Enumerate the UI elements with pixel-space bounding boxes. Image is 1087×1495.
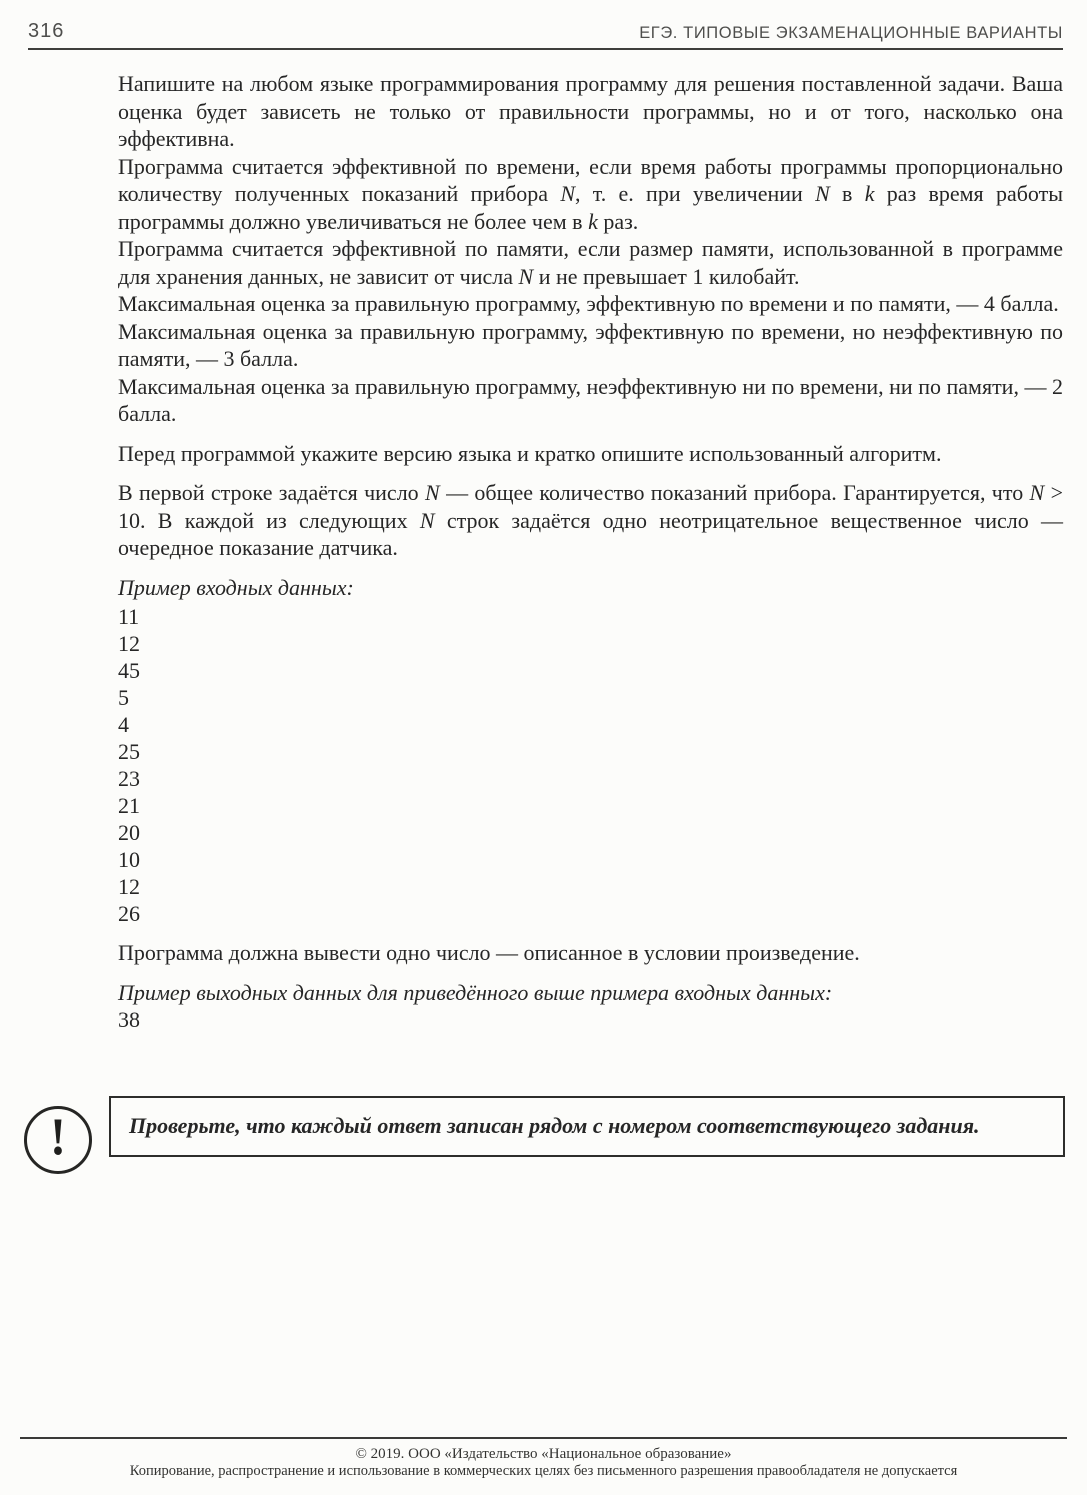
input-value: 23	[118, 765, 1063, 792]
document-page: 316 ЕГЭ. ТИПОВЫЕ ЭКЗАМЕНАЦИОННЫЕ ВАРИАНТ…	[0, 0, 1087, 1495]
task-paragraph: Программа считается эффективной по памят…	[118, 235, 1063, 290]
task-paragraph: Напишите на любом языке программирования…	[118, 70, 1063, 153]
task-paragraph: Программа считается эффективной по време…	[118, 153, 1063, 236]
task-paragraph: Максимальная оценка за правильную програ…	[118, 373, 1063, 428]
output-example-value: 38	[118, 1006, 1063, 1034]
notice-section: ! Проверьте, что каждый ответ записан ря…	[24, 1096, 1065, 1174]
footer-copyright: © 2019. ООО «Издательство «Национальное …	[20, 1446, 1067, 1463]
task-paragraph: Перед программой укажите версию языка и …	[118, 440, 1063, 468]
input-value: 12	[118, 630, 1063, 657]
notice-text: Проверьте, что каждый ответ записан рядо…	[129, 1113, 980, 1138]
page-footer: © 2019. ООО «Издательство «Национальное …	[20, 1437, 1067, 1480]
page-number: 316	[28, 20, 64, 43]
output-example-label: Пример выходных данных для приведённого …	[118, 979, 1063, 1007]
input-value: 11	[118, 603, 1063, 630]
exclamation-icon: !	[24, 1106, 92, 1174]
input-value: 21	[118, 792, 1063, 819]
input-values-list: 11 12 45 5 4 25 23 21 20 10 12 26	[118, 603, 1063, 927]
notice-box: Проверьте, что каждый ответ записан рядо…	[109, 1096, 1065, 1157]
footer-legal-notice: Копирование, распространение и использов…	[20, 1463, 1067, 1480]
input-value: 12	[118, 873, 1063, 900]
input-value: 5	[118, 684, 1063, 711]
exclamation-glyph: !	[50, 1112, 66, 1165]
task-text: Напишите на любом языке программирования…	[118, 70, 1063, 1034]
task-paragraph: Максимальная оценка за правильную програ…	[118, 318, 1063, 373]
task-paragraph: Максимальная оценка за правильную програ…	[118, 290, 1063, 318]
running-head: 316 ЕГЭ. ТИПОВЫЕ ЭКЗАМЕНАЦИОННЫЕ ВАРИАНТ…	[28, 20, 1063, 50]
input-value: 26	[118, 900, 1063, 927]
input-value: 20	[118, 819, 1063, 846]
input-value: 25	[118, 738, 1063, 765]
input-value: 45	[118, 657, 1063, 684]
input-value: 4	[118, 711, 1063, 738]
header-title: ЕГЭ. ТИПОВЫЕ ЭКЗАМЕНАЦИОННЫЕ ВАРИАНТЫ	[639, 24, 1063, 43]
task-paragraph: В первой строке задаётся число N — общее…	[118, 479, 1063, 562]
input-example-label: Пример входных данных:	[118, 574, 1063, 602]
output-description: Программа должна вывести одно число — оп…	[118, 939, 1063, 967]
input-value: 10	[118, 846, 1063, 873]
